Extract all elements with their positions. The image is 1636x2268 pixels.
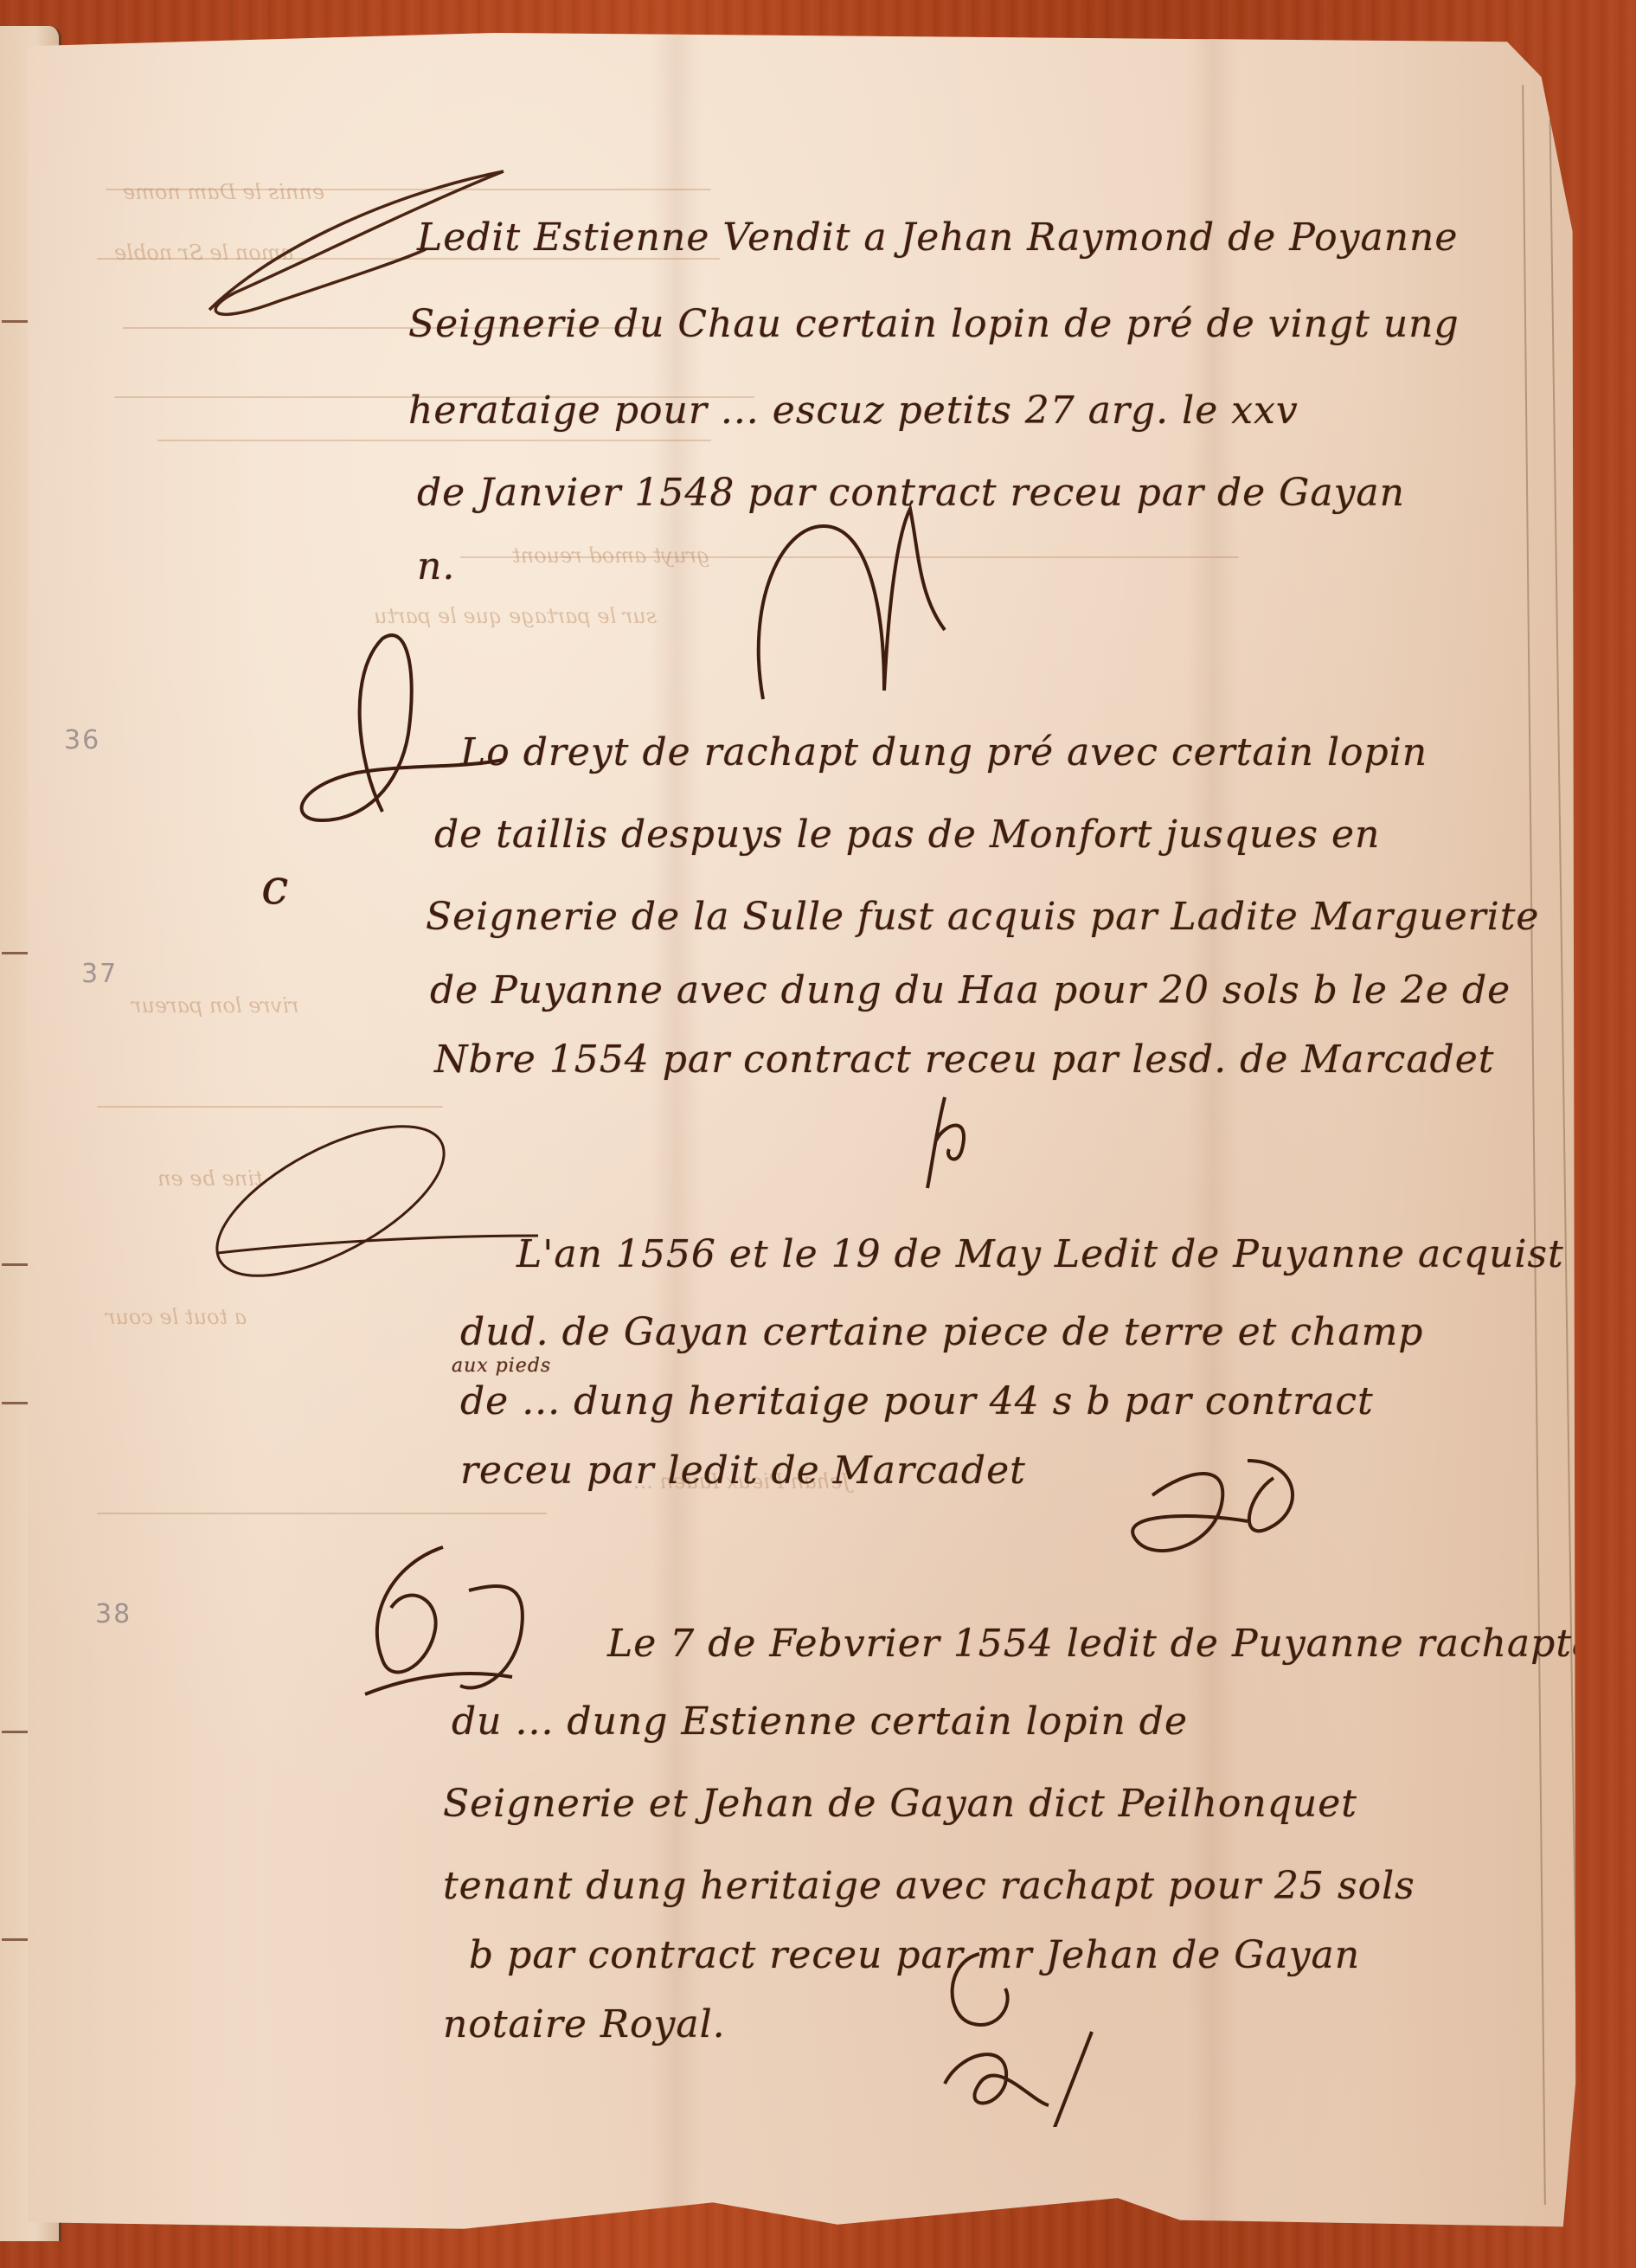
bleed-through-text: ennis le Dam nome — [123, 180, 324, 204]
entry-3-line-4: receu par ledit de Marcadet — [460, 1452, 1026, 1490]
entry-3-line-2: dud. de Gayan certaine piece de terre et… — [460, 1314, 1423, 1352]
margin-mark-c: c — [261, 864, 289, 912]
initial-flourish-2 — [287, 621, 512, 832]
ink-mark — [2, 952, 28, 954]
entry-1-line-3: herataige pour ... escuz petits 27 arg. … — [408, 392, 1299, 430]
interlinear-note: aux pieds — [452, 1357, 551, 1376]
entry-2-line-2: de taillis despuys le pas de Monfort jus… — [434, 816, 1380, 854]
entry-4-line-4: tenant dung heritaige avec rachapt pour … — [443, 1867, 1415, 1905]
entry-3-line-3: de ... dung heritaige pour 44 s b par co… — [460, 1383, 1374, 1421]
entry-4-line-5: b par contract receu par mr Jehan de Gay… — [469, 1937, 1360, 1975]
initial-flourish-4 — [339, 1530, 564, 1706]
signature-mark-1 — [746, 500, 988, 729]
signature-mark-3 — [1118, 1443, 1325, 1585]
entry-4-line-1: Le 7 de Febvrier 1554 ledit de Puyanne r… — [607, 1625, 1595, 1663]
bleed-through-ruling — [97, 1513, 547, 1514]
entry-2-line-1: Lo dreyt de rachapt dung pré avec certai… — [460, 734, 1427, 772]
bleed-through-text: amon le Sr noble — [114, 241, 293, 265]
signature-mark-2 — [910, 1089, 1083, 1196]
entry-1-line-2: Seignerie du Chau certain lopin de pré d… — [408, 305, 1460, 344]
page-edge-line — [1522, 85, 1546, 2205]
bleed-through-ruling — [157, 440, 711, 441]
bleed-through-text: a tout le cour — [106, 1305, 247, 1329]
entry-1-line-1: Ledit Estienne Vendit a Jehan Raymond de… — [417, 219, 1458, 257]
entry-2-line-5: Nbre 1554 par contract receu par lesd. d… — [434, 1041, 1494, 1079]
bleed-through-text: gruyt amod reuont — [512, 543, 709, 568]
margin-number: 37 — [81, 959, 118, 989]
entry-4-line-6: notaire Royal. — [443, 2006, 726, 2044]
bleed-through-ruling — [97, 1106, 443, 1108]
entry-1-line-5: n. — [417, 548, 455, 586]
entry-2-line-3: Seignerie de la Sulle fust acquis par La… — [426, 898, 1539, 936]
ink-mark — [2, 1938, 32, 1941]
bleed-through-text: tine be en — [157, 1166, 262, 1191]
entry-4-line-3: Seignerie et Jehan de Gayan dict Peilhon… — [443, 1785, 1357, 1823]
entry-3-line-1: L'an 1556 et le 19 de May Ledit de Puyan… — [516, 1236, 1564, 1274]
entry-2-line-4: de Puyanne avec dung du Haa pour 20 sols… — [430, 972, 1511, 1010]
page-edge-line — [1549, 119, 1580, 2153]
margin-number: 36 — [64, 725, 100, 755]
manuscript-page: 36 37 38 ennis le Dam nome amon le Sr no… — [28, 33, 1585, 2238]
initial-flourish-3 — [192, 1123, 555, 1300]
bleed-through-text: rivre lon pareur — [132, 993, 299, 1018]
margin-number: 38 — [95, 1599, 132, 1629]
bleed-through-text: sur le partage que le partu — [374, 604, 657, 628]
signature-mark-4 — [927, 1937, 1118, 2130]
entry-4-line-2: du ... dung Estienne certain lopin de — [452, 1703, 1188, 1741]
